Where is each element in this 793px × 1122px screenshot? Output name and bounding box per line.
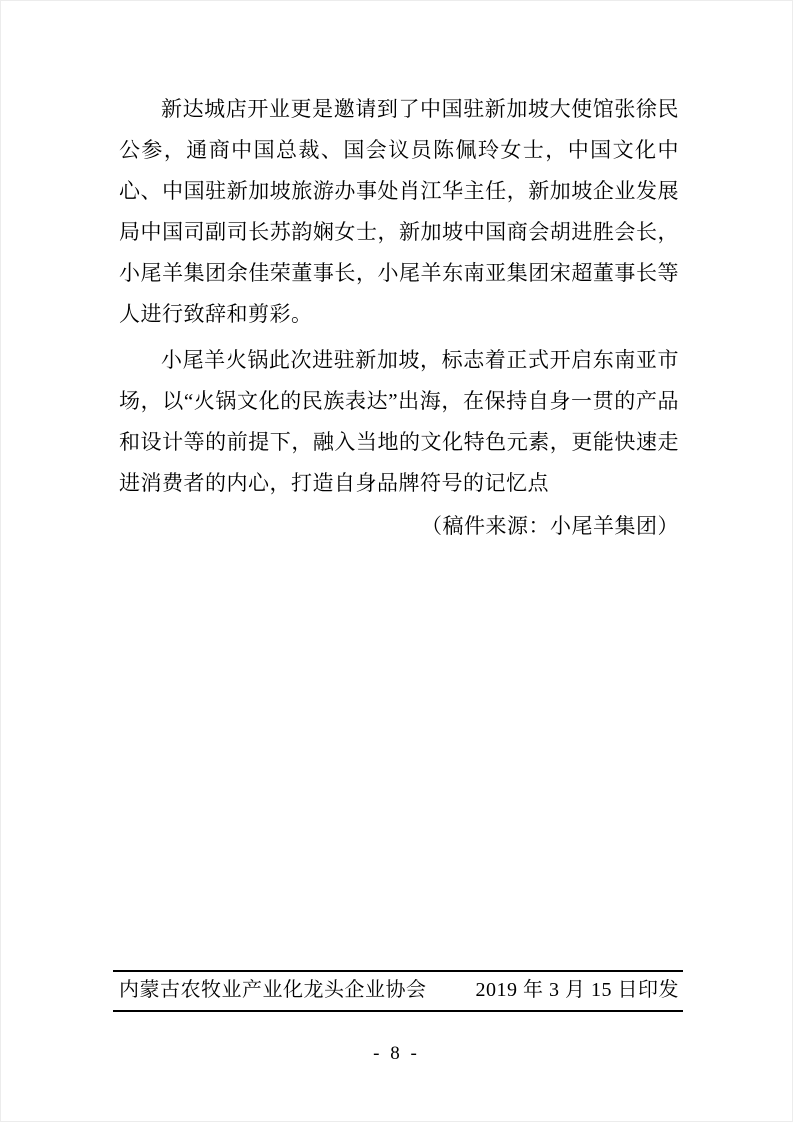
footer-print-date: 2019 年 3 月 15 日印发 xyxy=(476,978,680,1002)
footer-issuer: 内蒙古农牧业产业化龙头企业协会 xyxy=(119,978,427,1002)
colophon-footer: 内蒙古农牧业产业化龙头企业协会 2019 年 3 月 15 日印发 xyxy=(113,970,683,1012)
attribution-line: （稿件来源：小尾羊集团） xyxy=(119,506,679,547)
document-page: 新达城店开业更是邀请到了中国驻新加坡大使馆张徐民公参，通商中国总裁、国会议员陈佩… xyxy=(0,0,793,1122)
paragraph-market-entry: 小尾羊火锅此次进驻新加坡，标志着正式开启东南亚市场，以“火锅文化的民族表达”出海… xyxy=(119,340,679,504)
body-text: 新达城店开业更是邀请到了中国驻新加坡大使馆张徐民公参，通商中国总裁、国会议员陈佩… xyxy=(119,89,679,547)
page-number: - 8 - xyxy=(1,1043,792,1065)
paragraph-opening-ceremony: 新达城店开业更是邀请到了中国驻新加坡大使馆张徐民公参，通商中国总裁、国会议员陈佩… xyxy=(119,89,679,335)
